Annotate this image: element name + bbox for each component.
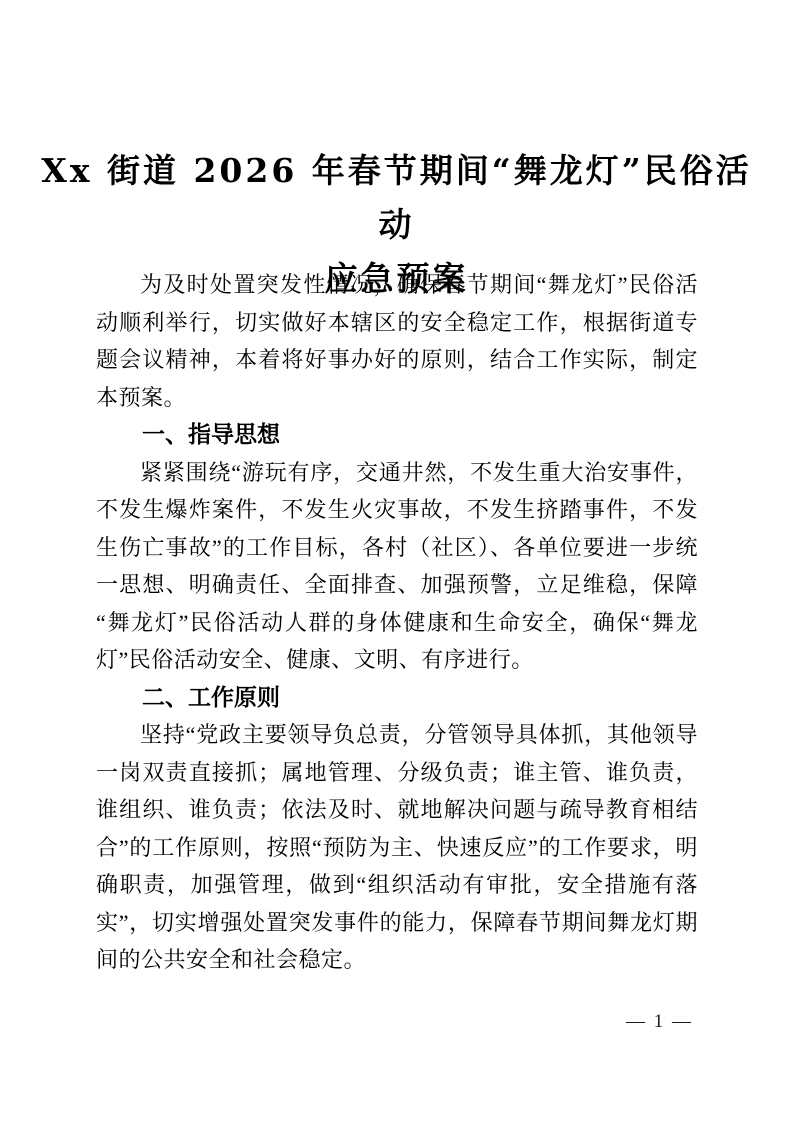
document-body: 为及时处置突发性情况，确保春节期间“舞龙灯”民俗活动顺利举行，切实做好本辖区的安…: [96, 266, 698, 979]
document-page: Xx 街道 2026 年春节期间“舞龙灯”民俗活动 应急预案 为及时处置突发性情…: [0, 0, 793, 1122]
section-paragraph-work-principles: 坚持“党政主要领导负总责，分管领导具体抓，其他领导一岗双责直接抓；属地管理、分级…: [96, 716, 698, 979]
section-heading-work-principles: 二、工作原则: [96, 679, 698, 717]
section-paragraph-guiding-ideology: 紧紧围绕“游玩有序，交通井然，不发生重大治安事件，不发生爆炸案件，不发生火灾事故…: [96, 454, 698, 679]
intro-paragraph: 为及时处置突发性情况，确保春节期间“舞龙灯”民俗活动顺利举行，切实做好本辖区的安…: [96, 266, 698, 416]
document-title-line1: Xx 街道 2026 年春节期间“舞龙灯”民俗活动: [40, 144, 753, 252]
page-number: — 1 —: [626, 1010, 693, 1034]
section-heading-guiding-ideology: 一、指导思想: [96, 416, 698, 454]
